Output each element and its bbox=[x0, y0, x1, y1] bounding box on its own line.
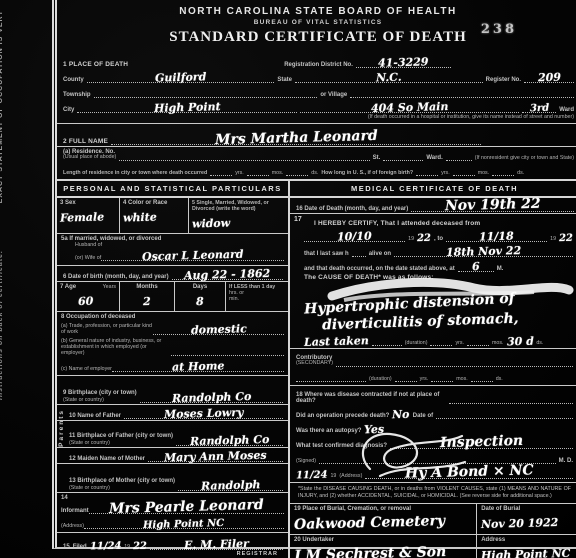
operation-value: No bbox=[392, 408, 410, 421]
row-birthplace: 9 Birthplace (city or town) (State or co… bbox=[57, 376, 288, 405]
operation-label: Did an operation precede death? bbox=[296, 413, 389, 419]
industry-label: (b) General nature of industry, business… bbox=[61, 338, 171, 356]
hospital-note: (If death occurred in a hospital or inst… bbox=[368, 114, 574, 120]
sex-label: 3 Sex bbox=[60, 200, 116, 206]
filed-year-value: 22 bbox=[133, 541, 147, 552]
undertaker-label: 20 Undertaker bbox=[294, 537, 472, 543]
st-label: St. bbox=[373, 155, 381, 161]
duration-label: (duration) bbox=[369, 376, 392, 382]
cause-duration-value: 30 d bbox=[506, 335, 533, 349]
row-father-name: 10 Name of Father Moses Lowry bbox=[57, 405, 288, 421]
row-spouse: 5a If married, widowed, or divorced Husb… bbox=[57, 234, 288, 266]
date-of-label: Date of bbox=[413, 413, 433, 419]
place-of-death-label: 1 PLACE OF DEATH bbox=[63, 61, 128, 68]
state-or-country-note: (State or country) bbox=[63, 397, 137, 403]
certificate-body: NORTH CAROLINA STATE BOARD OF HEALTH BUR… bbox=[52, 0, 576, 549]
certify-statement: I HEREBY CERTIFY, That I attended deceas… bbox=[304, 216, 573, 227]
marital-label: 5 Single, Married, Widowed, or Divorced … bbox=[192, 200, 285, 212]
filed-date-value: 11/24 bbox=[90, 541, 122, 553]
row-questions-18: 18 Where was disease contracted if not a… bbox=[290, 386, 576, 483]
row-undertaker: 20 Undertaker J M Sechrest & Son Address… bbox=[290, 534, 576, 558]
dod-label: 16 Date of Death (month, day, and year) bbox=[296, 206, 408, 212]
mother-birthplace-label: 13 Birthplace of Mother (city or town) bbox=[69, 478, 175, 485]
physician-address-label: (Address) bbox=[339, 473, 362, 479]
color-race-label: 4 Color or Race bbox=[123, 200, 185, 206]
ds-label: ds. bbox=[536, 340, 543, 346]
registrar-signature: E. M. Filer bbox=[184, 537, 249, 552]
informant-address-value: High Point NC bbox=[143, 518, 224, 531]
printed-19: 19 bbox=[550, 236, 556, 242]
min-label: min. bbox=[229, 296, 285, 302]
burial-date-value: Nov 20 1922 bbox=[481, 516, 559, 531]
filed-19-label: 19 bbox=[124, 544, 130, 550]
death-certificate-scan: EXACT STATEMENT OF OCCUPATION IS VERY In… bbox=[0, 0, 576, 558]
attended-from-date: 10/10 bbox=[337, 230, 372, 244]
ds-label: ds. bbox=[311, 170, 318, 176]
father-birthplace-value: Randolph Co bbox=[190, 433, 270, 448]
section-residence: (a) Residence. No. (Usual place of abode… bbox=[57, 147, 576, 162]
row-date-of-death: 16 Date of Death (month, day, and year) … bbox=[290, 198, 576, 214]
row-mother-maiden-name: 12 Maiden Name of Mother Mary Ann Moses bbox=[57, 448, 288, 464]
row-contributory: Contributory (SECONDARY) (duration) yrs.… bbox=[290, 349, 576, 386]
ward-value: 3rd bbox=[529, 103, 549, 114]
row-sex-color-marital: 3 Sex Female 4 Color or Race white 5 Sin… bbox=[57, 198, 288, 234]
nonresident-note: (If nonresident give city or town and St… bbox=[475, 155, 574, 161]
reg-district-value: 41-3229 bbox=[378, 55, 429, 69]
burial-date-label: Date of Burial bbox=[481, 506, 575, 512]
to-label: , to bbox=[434, 236, 443, 242]
birthplace-label: 9 Birthplace (city or town) bbox=[63, 390, 137, 397]
two-column-area: PERSONAL AND STATISTICAL PARTICULARS 3 S… bbox=[57, 179, 576, 558]
mos-label: mos. bbox=[456, 376, 467, 382]
foreign-birth-label: How long in U. S., if of foreign birth? bbox=[321, 170, 413, 176]
spouse-value: Oscar L Leonard bbox=[142, 248, 244, 264]
undertaker-value: J M Sechrest & Son bbox=[294, 544, 447, 558]
test-value: Inspection bbox=[440, 433, 524, 451]
m-label: M. bbox=[497, 266, 504, 272]
row-occupation: 8 Occupation of deceased (a) Trade, prof… bbox=[57, 312, 288, 376]
employer-label: (c) Name of employer bbox=[61, 366, 112, 372]
burial-place-value: Oakwood Cemetery bbox=[294, 513, 445, 533]
length-residence-label: Length of residence in city or town wher… bbox=[63, 170, 207, 176]
signed-date-value: 11/24 bbox=[296, 470, 328, 482]
attended-from-year: 22 bbox=[417, 233, 431, 244]
personal-column-header: PERSONAL AND STATISTICAL PARTICULARS bbox=[57, 181, 288, 198]
employer-value: at Home bbox=[172, 359, 225, 373]
county-label: County bbox=[63, 77, 84, 83]
last-saw-value: 18th Nov 22 bbox=[446, 244, 521, 259]
mother-maiden-label: 12 Maiden Name of Mother bbox=[69, 456, 145, 462]
father-name-value: Moses Lowry bbox=[164, 406, 244, 421]
burial-place-label: 19 Place of Burial, Cremation, or remova… bbox=[294, 506, 472, 512]
dob-value: Aug 22 - 1862 bbox=[184, 267, 271, 282]
color-race-value: white bbox=[123, 211, 157, 225]
margin-note-instructions: Instructions on back of certificate. bbox=[0, 250, 4, 400]
row-age: 7 Age Years 60 Months 2 Days 8 If L bbox=[57, 282, 288, 312]
state-value: N.C. bbox=[376, 71, 402, 85]
age-months-value: 2 bbox=[143, 295, 151, 308]
row-filed: 15 Filed 11/24 19 22 E. M. Filer REGISTR… bbox=[57, 533, 288, 558]
marital-value: widow bbox=[192, 217, 230, 231]
informant-label: Informant bbox=[61, 508, 89, 514]
autopsy-label: Was there an autopsy? bbox=[296, 428, 361, 434]
printed-19: 19 bbox=[330, 473, 336, 479]
filed-number: 15 bbox=[63, 544, 70, 550]
row-mother-birthplace: 13 Birthplace of Mother (city or town) (… bbox=[57, 464, 288, 493]
father-name-label: 10 Name of Father bbox=[69, 413, 121, 419]
city-value: High Point bbox=[154, 100, 221, 115]
cause-of-death-label: The CAUSE OF DEATH* was as follows: bbox=[304, 274, 434, 281]
occupation-label: 8 Occupation of deceased bbox=[61, 314, 284, 320]
mother-birthplace-value: Randolph bbox=[201, 478, 261, 493]
ward-label: Ward bbox=[559, 107, 574, 113]
duration-label: (duration) bbox=[405, 340, 428, 346]
q18-label: 18 Where was disease contracted if not a… bbox=[296, 392, 446, 404]
informant-address-label: (Address) bbox=[61, 523, 84, 529]
row-certify: 17 I HEREBY CERTIFY, That I attended dec… bbox=[290, 214, 576, 349]
years-label: Years bbox=[103, 284, 116, 290]
autopsy-value: Yes bbox=[364, 423, 384, 437]
dob-label: 6 Date of birth (month, day, and year) bbox=[63, 274, 169, 280]
full-name-value: Mrs Martha Leonard bbox=[215, 128, 378, 148]
row-burial: 19 Place of Burial, Cremation, or remova… bbox=[290, 504, 576, 534]
board-title: NORTH CAROLINA STATE BOARD OF HEALTH bbox=[57, 6, 576, 17]
father-birthplace-label: 11 Birthplace of Father (city or town) bbox=[69, 433, 173, 440]
trade-value: domestic bbox=[190, 322, 246, 336]
yrs-label: yrs. bbox=[235, 170, 244, 176]
section-full-name: 2 FULL NAME Mrs Martha Leonard bbox=[57, 124, 576, 147]
township-label: Township bbox=[63, 92, 91, 98]
birthplace-value: Randolph Co bbox=[172, 390, 252, 405]
county-value: Guilford bbox=[155, 70, 207, 84]
md-label: M. D. bbox=[559, 458, 573, 464]
state-or-country-note: (State or country) bbox=[69, 485, 175, 491]
mos-label: mos. bbox=[478, 170, 489, 176]
mother-maiden-value: Mary Ann Moses bbox=[164, 449, 267, 465]
or-village-label: or Village bbox=[320, 92, 347, 98]
dod-value: Nov 19th 22 bbox=[445, 196, 541, 214]
age-label: 7 Age bbox=[60, 284, 76, 290]
sex-value: Female bbox=[60, 210, 104, 224]
street-value: 404 So Main bbox=[371, 100, 449, 115]
wife-of-label: (or) Wife of bbox=[61, 255, 101, 261]
mos-label: mos. bbox=[272, 170, 283, 176]
yrs-label: yrs. bbox=[455, 340, 464, 346]
row-date-of-birth: 6 Date of birth (month, day, and year) A… bbox=[57, 266, 288, 282]
full-name-label: 2 FULL NAME bbox=[63, 138, 108, 145]
attended-to-year: 22 bbox=[559, 233, 573, 244]
yrs-label: yrs. bbox=[441, 170, 450, 176]
section-place-of-death: 1 PLACE OF DEATH Registration District N… bbox=[57, 54, 576, 124]
last-saw-label: that I last saw h bbox=[304, 251, 349, 257]
filed-label: Filed bbox=[73, 544, 87, 550]
age-days-value: 8 bbox=[196, 295, 204, 308]
death-occurred-label: and that death occurred, on the date sta… bbox=[304, 266, 455, 272]
reg-district-label: Registration District No. bbox=[284, 62, 353, 68]
undertaker-address-label: Address bbox=[481, 537, 575, 543]
undertaker-address-value: High Point NC bbox=[481, 547, 571, 558]
trade-label: (a) Trade, profession, or particular kin… bbox=[61, 323, 153, 335]
cause-line-3: Last taken bbox=[304, 334, 369, 349]
personal-column: PERSONAL AND STATISTICAL PARTICULARS 3 S… bbox=[57, 181, 290, 558]
stamp-number: 238 bbox=[481, 22, 517, 37]
state-or-country-note: (State or country) bbox=[69, 440, 173, 446]
attended-to-date: 11/18 bbox=[479, 230, 514, 244]
test-label: What test confirmed diagnosis? bbox=[296, 443, 387, 449]
physician-signature: Hy A Bond × NC bbox=[405, 462, 534, 481]
residence-ward-label: Ward. bbox=[426, 155, 442, 161]
secondary-label: (SECONDARY) bbox=[296, 361, 333, 367]
medical-column: MEDICAL CERTIFICATE OF DEATH 16 Date of … bbox=[290, 181, 576, 558]
days-label: Days bbox=[178, 284, 222, 290]
parents-vertical-label: Parents bbox=[58, 409, 65, 447]
state-label: State bbox=[277, 77, 292, 83]
abode-note: (Usual place of abode) bbox=[63, 155, 116, 161]
row-informant: 14 Informant Mrs Pearle Leonard (Address… bbox=[57, 493, 288, 533]
ds-label: ds. bbox=[517, 170, 524, 176]
alive-on-label: alive on bbox=[369, 251, 391, 257]
item-17-number: 17 bbox=[294, 216, 302, 223]
city-label: City bbox=[63, 107, 74, 113]
mos-label: mos. bbox=[492, 340, 503, 346]
cause-footnote: *State the DISEASE CAUSING DEATH, or in … bbox=[290, 483, 576, 504]
months-label: Months bbox=[123, 284, 171, 290]
informant-value: Mrs Pearle Leonard bbox=[109, 497, 264, 517]
ds-label: ds. bbox=[496, 376, 503, 382]
register-no-value: 209 bbox=[537, 71, 560, 85]
section-length-of-residence: Length of residence in city or town wher… bbox=[57, 162, 576, 179]
printed-19: 19 bbox=[408, 236, 414, 242]
register-no-label: Register No. bbox=[486, 77, 521, 83]
signed-label: (Signed) bbox=[296, 458, 316, 464]
certificate-header: NORTH CAROLINA STATE BOARD OF HEALTH BUR… bbox=[57, 0, 576, 54]
age-years-value: 60 bbox=[60, 295, 94, 309]
row-father-birthplace: 11 Birthplace of Father (city or town) (… bbox=[57, 421, 288, 448]
yrs-label: yrs. bbox=[420, 376, 429, 382]
death-time-value: 6 bbox=[472, 260, 480, 273]
margin-note-occupation: EXACT STATEMENT OF OCCUPATION IS VERY bbox=[0, 10, 4, 203]
